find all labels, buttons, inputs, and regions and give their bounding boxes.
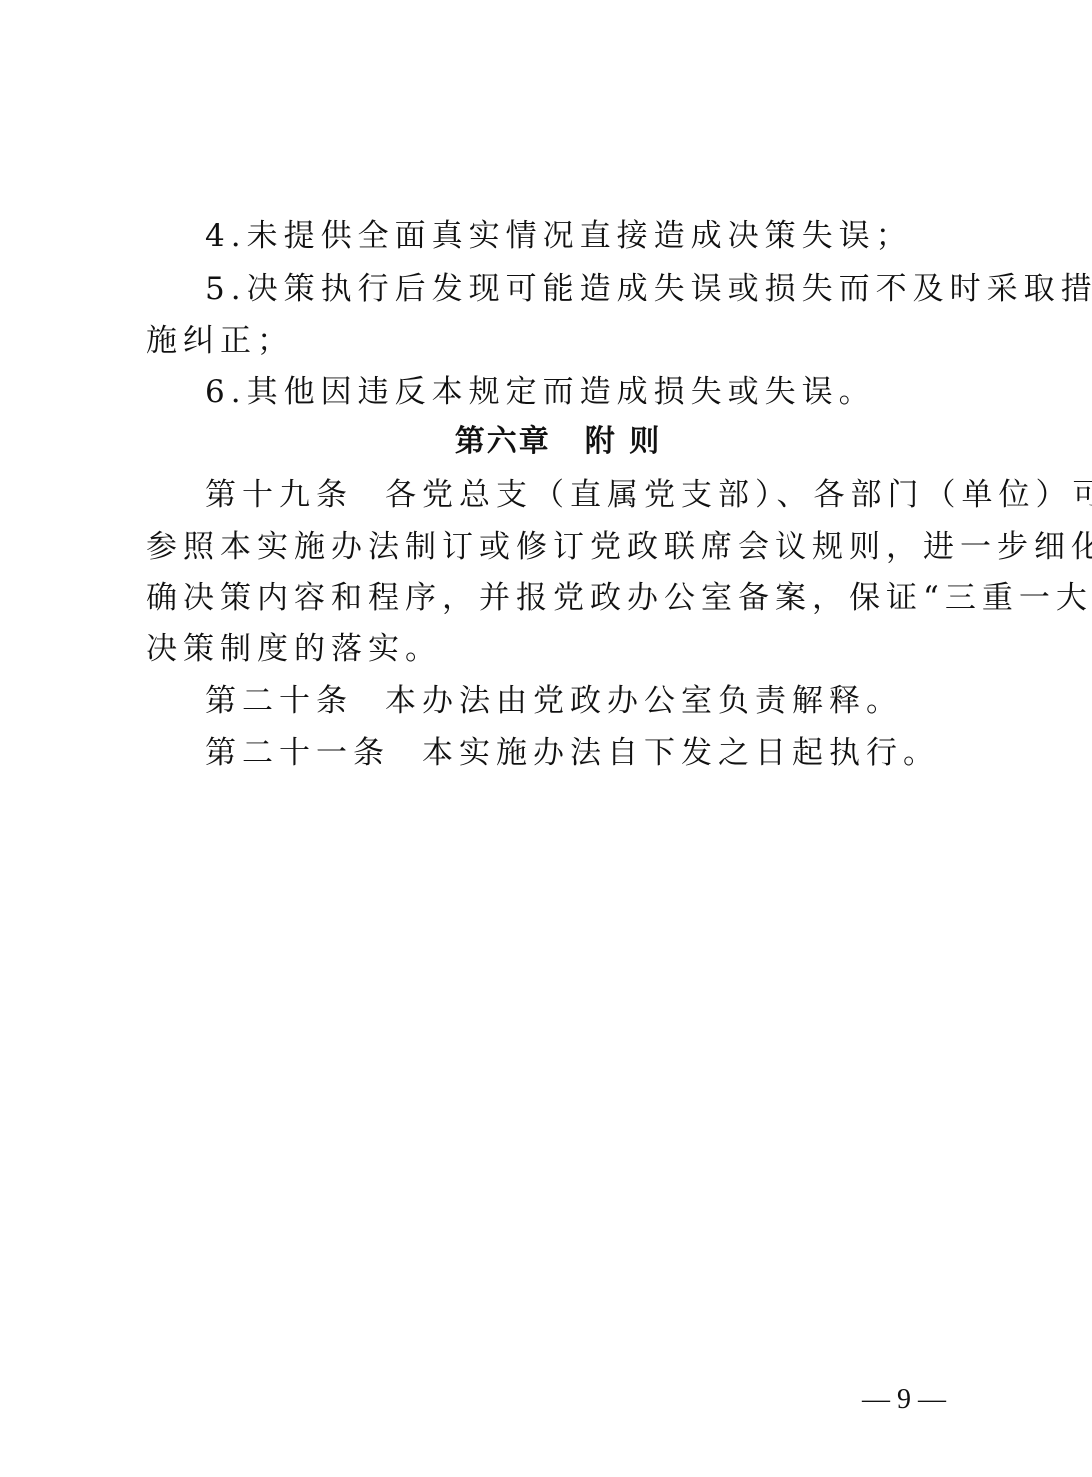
- article-label: 第二十一条: [205, 735, 390, 771]
- item-number: 5.: [205, 271, 247, 307]
- article-text: 各党总支（直属党支部）、各部门（单位）可: [385, 477, 1092, 513]
- article-19-line-2: 参照本实施办法制订或修订党政联席会议规则，进一步细化明: [146, 527, 1092, 567]
- list-item-5: 5.决策执行后发现可能造成失误或损失而不及时采取措: [205, 269, 1092, 309]
- item-text: 未提供全面真实情况直接造成决策失误；: [247, 218, 913, 254]
- chapter-subtitle: 附 则: [585, 424, 661, 459]
- list-item-5-continuation: 施纠正；: [146, 321, 294, 361]
- article-text: 本实施办法自下发之日起执行。: [422, 735, 940, 771]
- list-item-4: 4.未提供全面真实情况直接造成决策失误；: [205, 216, 913, 256]
- article-text: 决策制度的落实。: [146, 631, 442, 667]
- item-text: 其他因违反本规定而造成损失或失误。: [247, 374, 876, 410]
- chapter-heading: 第六章附 则: [0, 422, 1092, 462]
- article-19-line-3: 确决策内容和程序，并报党政办公室备案，保证“三重一大”: [146, 578, 1092, 618]
- list-item-6: 6.其他因违反本规定而造成损失或失误。: [205, 372, 876, 412]
- article-label: 第十九条: [205, 477, 353, 513]
- article-19-line-4: 决策制度的落实。: [146, 629, 442, 669]
- chapter-title: 第六章: [455, 424, 551, 459]
- article-label: 第二十条: [205, 683, 353, 719]
- article-20: 第二十条本办法由党政办公室负责解释。: [205, 681, 903, 721]
- article-text: 确决策内容和程序，并报党政办公室备案，保证“三重一大”: [146, 580, 1092, 616]
- article-text: 本办法由党政办公室负责解释。: [385, 683, 903, 719]
- item-number: 4.: [205, 218, 247, 254]
- item-text: 决策执行后发现可能造成失误或损失而不及时采取措: [247, 271, 1092, 307]
- article-text: 参照本实施办法制订或修订党政联席会议规则，进一步细化明: [146, 529, 1092, 565]
- article-19: 第十九条各党总支（直属党支部）、各部门（单位）可: [205, 475, 1092, 515]
- page-number: — 9 —: [862, 1384, 946, 1416]
- article-21: 第二十一条本实施办法自下发之日起执行。: [205, 733, 940, 773]
- item-text: 施纠正；: [146, 323, 294, 359]
- item-number: 6.: [205, 374, 247, 410]
